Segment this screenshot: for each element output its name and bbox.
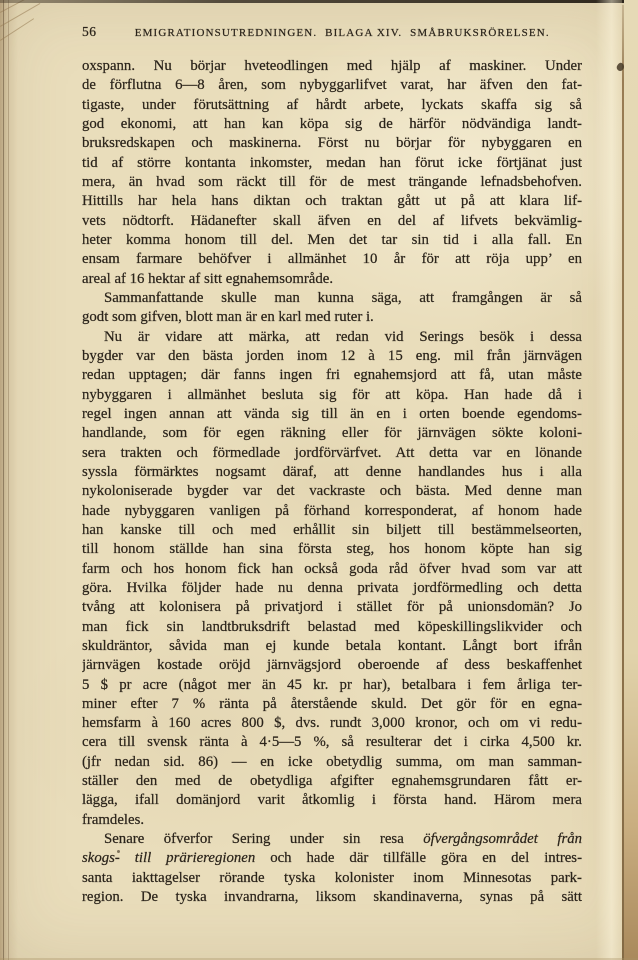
scan-edge-top [0,0,638,3]
text-line: nybyggaren i allmänhet besluta sig för a… [82,386,582,405]
text-line: tid af större kontanta inkomster, medan … [82,154,582,173]
text-line: han kanske till och med erhållit sin bil… [82,521,582,540]
text-line: oxspann. Nu börjar hveteodlingen med hjä… [82,57,582,76]
page-edge-highlight [596,0,622,960]
text-line: santa iakttagelser rörande tyska kolonis… [82,869,582,888]
text-line: godt som gifven, blott man är en karl me… [82,308,582,327]
text-line: hade nybyggaren vanligen på förhand korr… [82,502,582,521]
text-line: god ekonomi, att han kan köpa sig de här… [82,115,582,134]
text-line: sera trakten och förmedlade jordförvärfv… [82,444,582,463]
book-page: 56 EMIGRATIONSUTREDNINGEN. BILAGA XIV. S… [0,0,638,960]
page-content: 56 EMIGRATIONSUTREDNINGEN. BILAGA XIV. S… [82,24,582,907]
text-line: nykoloniserade bygder var det vackraste … [82,482,582,501]
text-line: vets nödtorft. Hädanefter skall äfven en… [82,212,582,231]
text-line: de förflutna 6—8 åren, som nybyggarlifve… [82,76,582,95]
text-line: Hittills har hela hans diktan och trakta… [82,192,582,211]
text-line: göra. Hvilka följder hade nu denna priva… [82,579,582,598]
page-edge-line-1 [3,0,4,960]
text-line: till honom ställde han sina första steg,… [82,540,582,559]
text-line: skogs- till prärieregionen och hade där … [82,849,582,868]
text-line: handlande, som för egen räkning eller fö… [82,424,582,443]
text-line: Nu är vidare att märka, att redan vid Se… [82,328,582,347]
text-line: skuldräntor, såvida man ej kunde betala … [82,637,582,656]
text-line: lägga, ifall domänjord varit åtkomlig i … [82,791,582,810]
text-line: järnvägen kostade oröjd järnvägsjord obe… [82,656,582,675]
text-line: heter komma honom till del. Men det tar … [82,231,582,250]
page-header: 56 EMIGRATIONSUTREDNINGEN. BILAGA XIV. S… [82,24,582,39]
text-line: hemsfarm à 160 acres 800 $, dvs. rundt 3… [82,714,582,733]
text-line: areal af 16 hektar af sitt egnahemsområd… [82,270,582,289]
text-line: framdeles. [82,811,582,830]
text-line: region. De tyska invandrarna, liksom ska… [82,888,582,907]
text-line: bygder var den bästa jorden inom 12 à 15… [82,347,582,366]
text-line: mera, än hvad som räckt till för de mest… [82,173,582,192]
text-line: syssla förmärktes nogsamt däraf, att den… [82,463,582,482]
text-line: redan upptagen; där fanns ingen fri egna… [82,366,582,385]
page-number: 56 [82,24,97,40]
text-line: 5 $ pr acre (något mer än 45 kr. pr har)… [82,676,582,695]
text-line: cera till svensk ränta à 4·5—5 %, så res… [82,733,582,752]
running-title: EMIGRATIONSUTREDNINGEN. BILAGA XIV. SMÅB… [97,27,583,39]
text-line: Sammanfattande skulle man kunna säga, at… [82,289,582,308]
text-line: (jfr nedan sid. 86) — en icke obetydlig … [82,753,582,772]
adjacent-page-edge [624,0,638,960]
text-line: tigaste, under förutsättning af hårdt ar… [82,96,582,115]
text-line: regel ingen annan att vända sig till än … [82,405,582,424]
text-line: Senare öfverfor Sering under sin resa öf… [82,830,582,849]
text-line: bruksredskapen och maskinerna. Först nu … [82,134,582,153]
body-text: oxspann. Nu börjar hveteodlingen med hjä… [82,57,582,907]
text-line: ensam farmare behöfver i allmänhet 10 år… [82,250,582,269]
text-line: miner efter 7 % ränta på återstående sku… [82,695,582,714]
text-line: tvång att kolonisera på privatjord i stä… [82,598,582,617]
text-line: farm och hos honom fick han också goda r… [82,560,582,579]
page-edge-line-2 [8,0,9,960]
text-line: ställer den med de obetydliga afgifter e… [82,772,582,791]
print-artifact-dot [117,850,120,853]
text-line: man fick sin landtbruksdrift belastad me… [82,618,582,637]
